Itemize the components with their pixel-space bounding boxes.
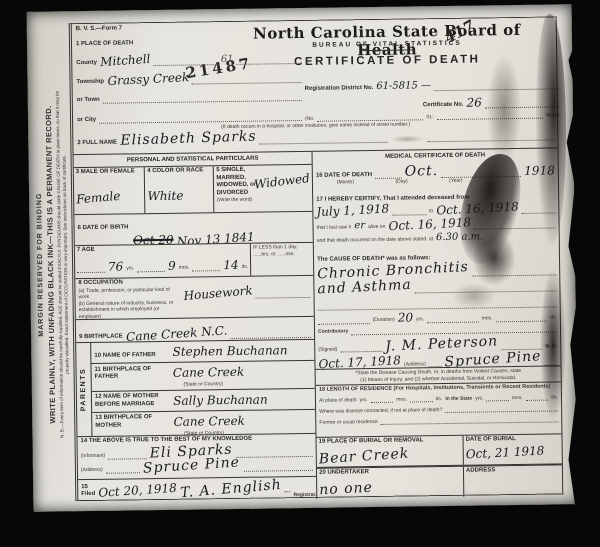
certificate-number-row: Certificate No. 26: [423, 95, 559, 109]
dotted-line: [427, 132, 555, 142]
county-label: County: [76, 59, 97, 67]
medical-column: MEDICAL CERTIFICATE OF DEATH 16 DATE OF …: [313, 148, 563, 498]
dotted-line: [108, 451, 147, 460]
date-of-death-row: 16 DATE OF DEATH Oct. 1918 (Month) (Day)…: [313, 161, 558, 195]
residence-in-state-label: In the State: [445, 395, 472, 402]
dotted-line: [410, 394, 433, 402]
parents-block: PARENTS 10 NAME OF FATHER Stephen Buchan…: [76, 340, 315, 437]
father-birthplace-row: 11 BIRTHPLACE OF FATHER Cane Creek (Stat…: [91, 361, 314, 392]
cause-of-death-block: The CAUSE OF DEATH* was as follows: Chro…: [314, 252, 560, 337]
birth-date-label: 6 DATE OF BIRTH: [78, 224, 129, 231]
informant-row: 14 THE ABOVE IS TRUE TO THE BEST OF MY K…: [77, 434, 316, 480]
undertaker-address-label: ADDRESS: [466, 466, 560, 475]
sex-race-marital-row: 3 MALE OR FEMALE Female 4 COLOR OR RACE …: [74, 165, 313, 215]
or-city-label: or City: [77, 116, 96, 124]
dotted-line: [317, 112, 423, 121]
attended-from-value: July 1, 1918: [316, 202, 389, 218]
township-value: Grassy Creek: [107, 71, 189, 87]
form-columns: PERSONAL AND STATISTICAL PARTICULARS 3 M…: [74, 147, 563, 502]
attended-to-value: Oct. 16, 1918: [436, 200, 519, 216]
race-label: 4 COLOR OR RACE: [147, 167, 211, 175]
pencil-smudge: [390, 135, 424, 142]
ds-label: ds.: [242, 264, 249, 271]
race-cell: 4 COLOR OR RACE White: [145, 166, 215, 213]
age-row: 7 AGE 76 yrs. 9 mos. 14 ds.: [75, 243, 314, 279]
alive-on-label: alive on: [368, 224, 385, 231]
undertaker-value: no one: [319, 476, 461, 497]
registrar-label: Registrar.: [293, 491, 316, 498]
dotted-line: [284, 484, 290, 492]
to-word: to: [429, 208, 433, 215]
dotted-line: [351, 324, 557, 335]
dotted-line: [545, 357, 558, 365]
occupation-b-label: (b) General nature of industry, business…: [79, 299, 181, 320]
mos-label: mos.: [396, 396, 407, 403]
place-of-burial-cell: 19 PLACE OF BURIAL OR REMOVAL Bear Creek: [317, 436, 464, 467]
dotted-line: [192, 263, 220, 271]
yrs-label: yrs.: [126, 265, 134, 272]
full-name-value: Elisabeth Sparks: [120, 129, 257, 147]
county-value: Mitchell: [100, 53, 151, 68]
street-no-label: (No.: [305, 115, 315, 122]
date-of-death-month: Oct.: [405, 164, 439, 178]
dotted-line: [137, 263, 165, 271]
dotted-line: [236, 56, 301, 65]
last-saw-her: er: [354, 221, 365, 231]
yrs-label: yrs.: [360, 397, 368, 404]
yrs-label: yrs.: [416, 316, 424, 323]
dotted-line: [472, 267, 556, 276]
dotted-line: [522, 205, 556, 213]
mother-birthplace-value: Cane Creek: [173, 413, 245, 428]
dotted-line: [77, 264, 105, 272]
dotted-line: [256, 289, 311, 298]
contributory-label: Contributory: [318, 328, 348, 335]
dotted-line: [526, 393, 549, 401]
age-if-less-cell: IF LESS than 1 day, ......hrs. or ......…: [251, 243, 313, 276]
duration-value: 20: [398, 311, 413, 323]
age-days-value: 14: [223, 258, 238, 270]
dotted-line: [340, 344, 382, 353]
informant-address-label: (Address): [81, 467, 103, 474]
dotted-line: [429, 359, 442, 367]
certify-block: 17 I HEREBY CERTIFY, That I attended dec…: [313, 192, 559, 255]
mother-name-value: Sally Buchanan: [173, 392, 268, 407]
dotted-line: [103, 93, 302, 104]
death-occurred-label: and that death occurred on the date abov…: [317, 236, 433, 244]
residence-block: 18 LENGTH OF RESIDENCE (For Hospitals, I…: [316, 381, 562, 436]
registration-district-value: 61-5815 —: [376, 81, 431, 92]
filed-date-value: Oct 20, 1918: [98, 482, 177, 499]
former-residence-label: Former or usual residence: [319, 419, 377, 426]
full-name-label: 2 FULL NAME: [77, 139, 117, 147]
dotted-line: [259, 135, 387, 145]
mos-label: mos.: [512, 395, 523, 402]
undertaker-label: 20 UNDERTAKER: [319, 468, 461, 477]
township-label: Township: [76, 78, 104, 86]
ds-label: ds.: [436, 396, 443, 403]
dotted-line: [415, 283, 557, 293]
dotted-line: [485, 99, 559, 108]
occupation-row: 8 OCCUPATION (a) Trade, profession, or p…: [75, 276, 314, 320]
signed-label: (Signed): [318, 346, 337, 353]
date-of-death-year: 1918: [524, 164, 555, 176]
dotted-line: [230, 330, 311, 339]
certificate-number-label: Certificate No.: [423, 101, 464, 109]
dotted-line: [318, 316, 370, 325]
certificate-number-value: 26: [466, 96, 481, 108]
mother-birthplace-label: 13 BIRTHPLACE OF MOTHER: [95, 414, 169, 430]
registration-district-row: Registration District No. 61-5815 —: [305, 79, 559, 93]
race-value: White: [147, 189, 211, 202]
death-certificate-form: B. V. S.—Form 7 North Carolina State Boa…: [69, 16, 564, 501]
dotted-line: [236, 448, 313, 457]
mos-label: mos.: [179, 265, 190, 272]
parents-rows: 10 NAME OF FATHER Stephen Buchanan 11 BI…: [91, 340, 315, 436]
cause-line-2: and Asthma: [317, 277, 412, 296]
dotted-line: [192, 75, 302, 85]
certificate-paper: MARGIN RESERVED FOR BINDING WRITE PLAINL…: [27, 4, 579, 512]
dotted-line: [445, 404, 558, 414]
birth-date-row: 6 DATE OF BIRTH Oct 20 Nov 13 1841 (Mont…: [74, 212, 313, 246]
marital-note: (Write the word): [217, 196, 311, 204]
disease-contracted-label: Where was disease contracted, if not at …: [319, 407, 442, 415]
scanned-death-certificate: MARGIN RESERVED FOR BINDING WRITE PLAINL…: [0, 0, 600, 547]
dotted-line: [153, 57, 218, 66]
township-row: Township Grassy Creek: [76, 71, 301, 86]
date-of-burial-label: DATE OF BURIAL: [466, 435, 560, 444]
dotted-line: [474, 220, 556, 229]
day-note: (Day): [395, 179, 407, 186]
informant-label: (Informant): [81, 453, 106, 460]
month-note: (Month): [337, 179, 354, 186]
mother-birthplace-row: 13 BIRTHPLACE OF MOTHER Cane Creek (Stat…: [92, 409, 315, 437]
dotted-line: [381, 415, 559, 425]
or-town-row: or Town: [77, 93, 302, 104]
year-note: (Year): [449, 178, 463, 185]
age-main-cell: 7 AGE 76 yrs. 9 mos. 14 ds.: [75, 244, 252, 278]
place-of-death-label: 1 PLACE OF DEATH: [76, 40, 133, 48]
mother-name-label: 12 NAME OF MOTHER BEFORE MARRIAGE: [95, 393, 169, 409]
date-of-burial-value: Oct, 21 1918: [466, 443, 560, 460]
dotted-line: [434, 81, 559, 91]
ds-label: ds.: [551, 394, 558, 401]
sex-cell: 3 MALE OR FEMALE Female: [74, 167, 146, 214]
place-of-burial-value: Bear Creek: [319, 443, 462, 466]
full-name-row: 2 FULL NAME Elisabeth Sparks: [77, 126, 555, 147]
sex-value: Female: [76, 187, 143, 205]
father-birthplace-value: Cane Creek: [173, 365, 245, 380]
or-town-label: or Town: [77, 96, 100, 104]
dotted-line: [496, 313, 548, 322]
dotted-line: [106, 465, 141, 473]
md-label: M. D.: [545, 343, 557, 350]
parents-label: PARENTS: [80, 368, 88, 412]
date-of-burial-cell: DATE OF BURIAL Oct, 21 1918: [464, 434, 562, 464]
birthplace-label: 9 BIRTHPLACE: [79, 333, 123, 341]
signed-block: (Signed) J. M. Peterson M. D. Oct. 17, 1…: [315, 334, 560, 368]
registration-district-label: Registration District No.: [305, 84, 374, 92]
form-ref: B. V. S.—Form 7: [76, 25, 122, 32]
age-years-value: 76: [108, 260, 123, 272]
yrs-label: yrs.: [475, 395, 483, 402]
sex-label: 3 MALE OR FEMALE: [76, 168, 143, 176]
age-label: 7 AGE: [77, 245, 248, 255]
undertaker-address-cell: ADDRESS: [464, 465, 562, 496]
street-label: St.;: [426, 114, 434, 121]
undertaker-cell: 20 UNDERTAKER no one: [317, 467, 464, 499]
dotted-line: [437, 111, 543, 120]
dotted-line: [371, 395, 394, 403]
residence-at-place-label: At place of death: [319, 397, 357, 404]
dotted-line: [99, 113, 302, 124]
mos-label: mos.: [482, 315, 493, 322]
father-name-value: Stephen Buchanan: [172, 343, 287, 359]
undertaker-row: 20 UNDERTAKER no one ADDRESS: [317, 464, 562, 498]
dotted-line: [441, 169, 521, 178]
dotted-line: [243, 462, 313, 471]
last-saw-value: Oct. 16, 1918: [388, 216, 471, 232]
age-months-value: 9: [168, 259, 176, 271]
dotted-line: [392, 207, 426, 215]
parents-side-label-cell: PARENTS: [76, 343, 92, 436]
dotted-line: [427, 314, 479, 323]
marital-cell: 5 SINGLE, MARRIED, WIDOWED, or DIVORCED …: [214, 165, 312, 212]
filed-label: 15 Filed: [81, 483, 95, 498]
duration-label: (Duration): [373, 317, 395, 324]
registrar-signature: T. A. English: [179, 478, 281, 500]
birthplace-row: 9 BIRTHPLACE Cane Creek N.C.: [76, 317, 314, 343]
form-header: B. V. S.—Form 7 North Carolina State Boa…: [72, 17, 558, 154]
signed-date-value: Oct. 17, 1918: [318, 354, 401, 369]
personal-column: PERSONAL AND STATISTICAL PARTICULARS 3 M…: [74, 152, 318, 502]
filed-row: 15 Filed Oct 20, 1918 T. A. English Regi…: [78, 477, 316, 502]
father-birthplace-label: 11 BIRTHPLACE OF FATHER: [94, 365, 168, 381]
death-time-value: 6.30 a.m.: [436, 232, 483, 243]
county-pencil-note: 61: [221, 55, 234, 65]
last-saw-label: that I last saw h: [317, 224, 352, 231]
father-name-label: 10 NAME OF FATHER: [94, 352, 168, 361]
ward-label: Ward): [546, 112, 560, 119]
physician-signature: J. M. Peterson: [384, 334, 498, 353]
burial-row: 19 PLACE OF BURIAL OR REMOVAL Bear Creek…: [317, 433, 562, 467]
ds-label: ds.: [550, 314, 557, 321]
dotted-line: [486, 393, 509, 401]
